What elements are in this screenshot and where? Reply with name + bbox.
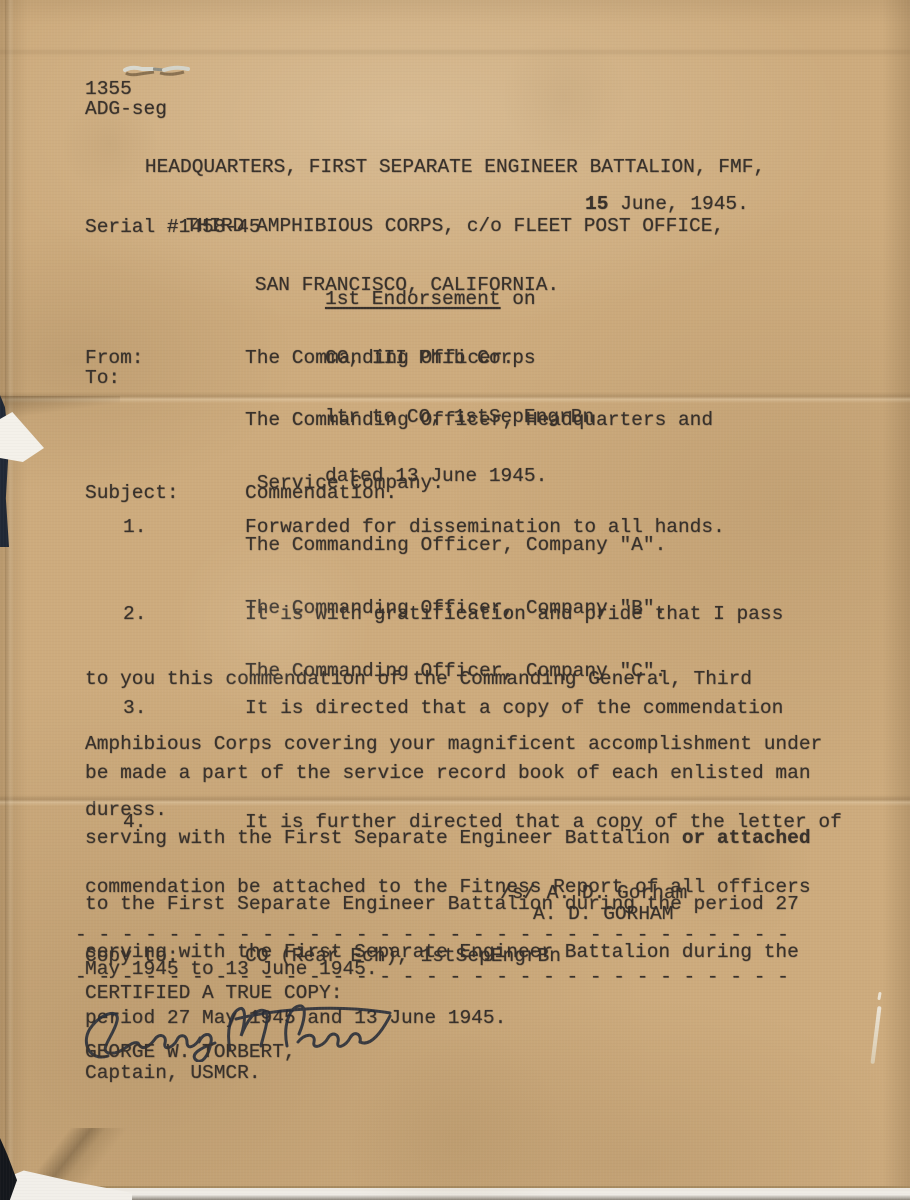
subject-value: Commendation. bbox=[245, 482, 397, 504]
paragraph-1-text: Forwarded for dissemination to all hands… bbox=[245, 516, 725, 538]
paragraph-1-number: 1. bbox=[85, 517, 245, 539]
from-value: The Commanding Officer. bbox=[245, 347, 514, 369]
left-edge-crease bbox=[5, 0, 14, 1200]
paragraph-2-line-1: 2.It is with gratification and pride tha… bbox=[85, 604, 822, 626]
paragraph-2-number: 2. bbox=[85, 604, 245, 626]
top-fold-crease bbox=[0, 48, 910, 56]
endorsement-title-underlined: 1st Endorsement bbox=[325, 288, 501, 310]
paragraph-3-line-1: 3.It is directed that a copy of the comm… bbox=[85, 698, 811, 720]
endorsement-title: 1st Endorsement on bbox=[325, 290, 594, 310]
certifier-name: GEORGE W. TORBERT, bbox=[85, 1042, 296, 1064]
paragraph-4-number: 4. bbox=[85, 812, 245, 834]
subject-label: Subject: bbox=[85, 483, 245, 505]
right-edge-scratch bbox=[870, 1006, 881, 1064]
bottom-left-tear-white-gap bbox=[0, 1168, 132, 1200]
copy-to-row: Copy to:CO (Rear Ech), 1stSepEngrBn bbox=[85, 946, 561, 968]
dashed-separator-1: - - - - - - - - - - - - - - - - - - - - … bbox=[75, 925, 789, 947]
letter-date: 15 June, 1945. bbox=[585, 194, 749, 216]
to-label: To: bbox=[85, 368, 120, 390]
signed-initials: /s/ A. D. Gorham bbox=[500, 883, 687, 905]
endorsement-title-rest: on bbox=[501, 288, 536, 310]
bottom-scan-edge bbox=[0, 1186, 910, 1200]
from-row: From:The Commanding Officer. bbox=[85, 348, 514, 370]
signer-typed-name: A. D. GORHAM bbox=[533, 904, 673, 926]
paragraph-4-line-1: 4.It is further directed that a copy of … bbox=[85, 812, 842, 834]
paragraph-2-first: It is with gratification and pride that … bbox=[245, 603, 783, 625]
letter-page: 1355 ADG-seg HEADQUARTERS, FIRST SEPARAT… bbox=[0, 0, 910, 1200]
subject-row: Subject:Commendation. bbox=[85, 483, 397, 505]
paragraph-4-line-2: commendation be attached to the Fitness … bbox=[85, 877, 842, 899]
paragraph-3-first: It is directed that a copy of the commen… bbox=[245, 697, 783, 719]
left-tear-white-gap bbox=[0, 412, 44, 462]
paragraph-1: 1.Forwarded for dissemination to all han… bbox=[85, 517, 725, 539]
staple bbox=[120, 60, 198, 80]
lower-fold-crease bbox=[0, 795, 910, 806]
paragraph-4-first: It is further directed that a copy of th… bbox=[245, 811, 842, 833]
right-edge-scratch-dot bbox=[877, 992, 881, 1000]
copy-to-label: Copy to: bbox=[85, 946, 245, 968]
certifier-title: Captain, USMCR. bbox=[85, 1063, 261, 1085]
office-code: ADG-seg bbox=[85, 99, 167, 121]
serial-number: Serial #1458-45 bbox=[85, 217, 261, 239]
to-line-1: The Commanding Officer, Headquarters and bbox=[245, 410, 713, 431]
upper-fold-crease bbox=[0, 392, 910, 403]
letter-date-rest: June, 1945. bbox=[608, 193, 748, 215]
paragraph-3-number: 3. bbox=[85, 698, 245, 720]
letterhead-line-1: HEADQUARTERS, FIRST SEPARATE ENGINEER BA… bbox=[55, 158, 855, 178]
copy-to-value: CO (Rear Ech), 1stSepEngrBn bbox=[245, 945, 561, 967]
letter-date-day: 15 bbox=[585, 193, 608, 215]
